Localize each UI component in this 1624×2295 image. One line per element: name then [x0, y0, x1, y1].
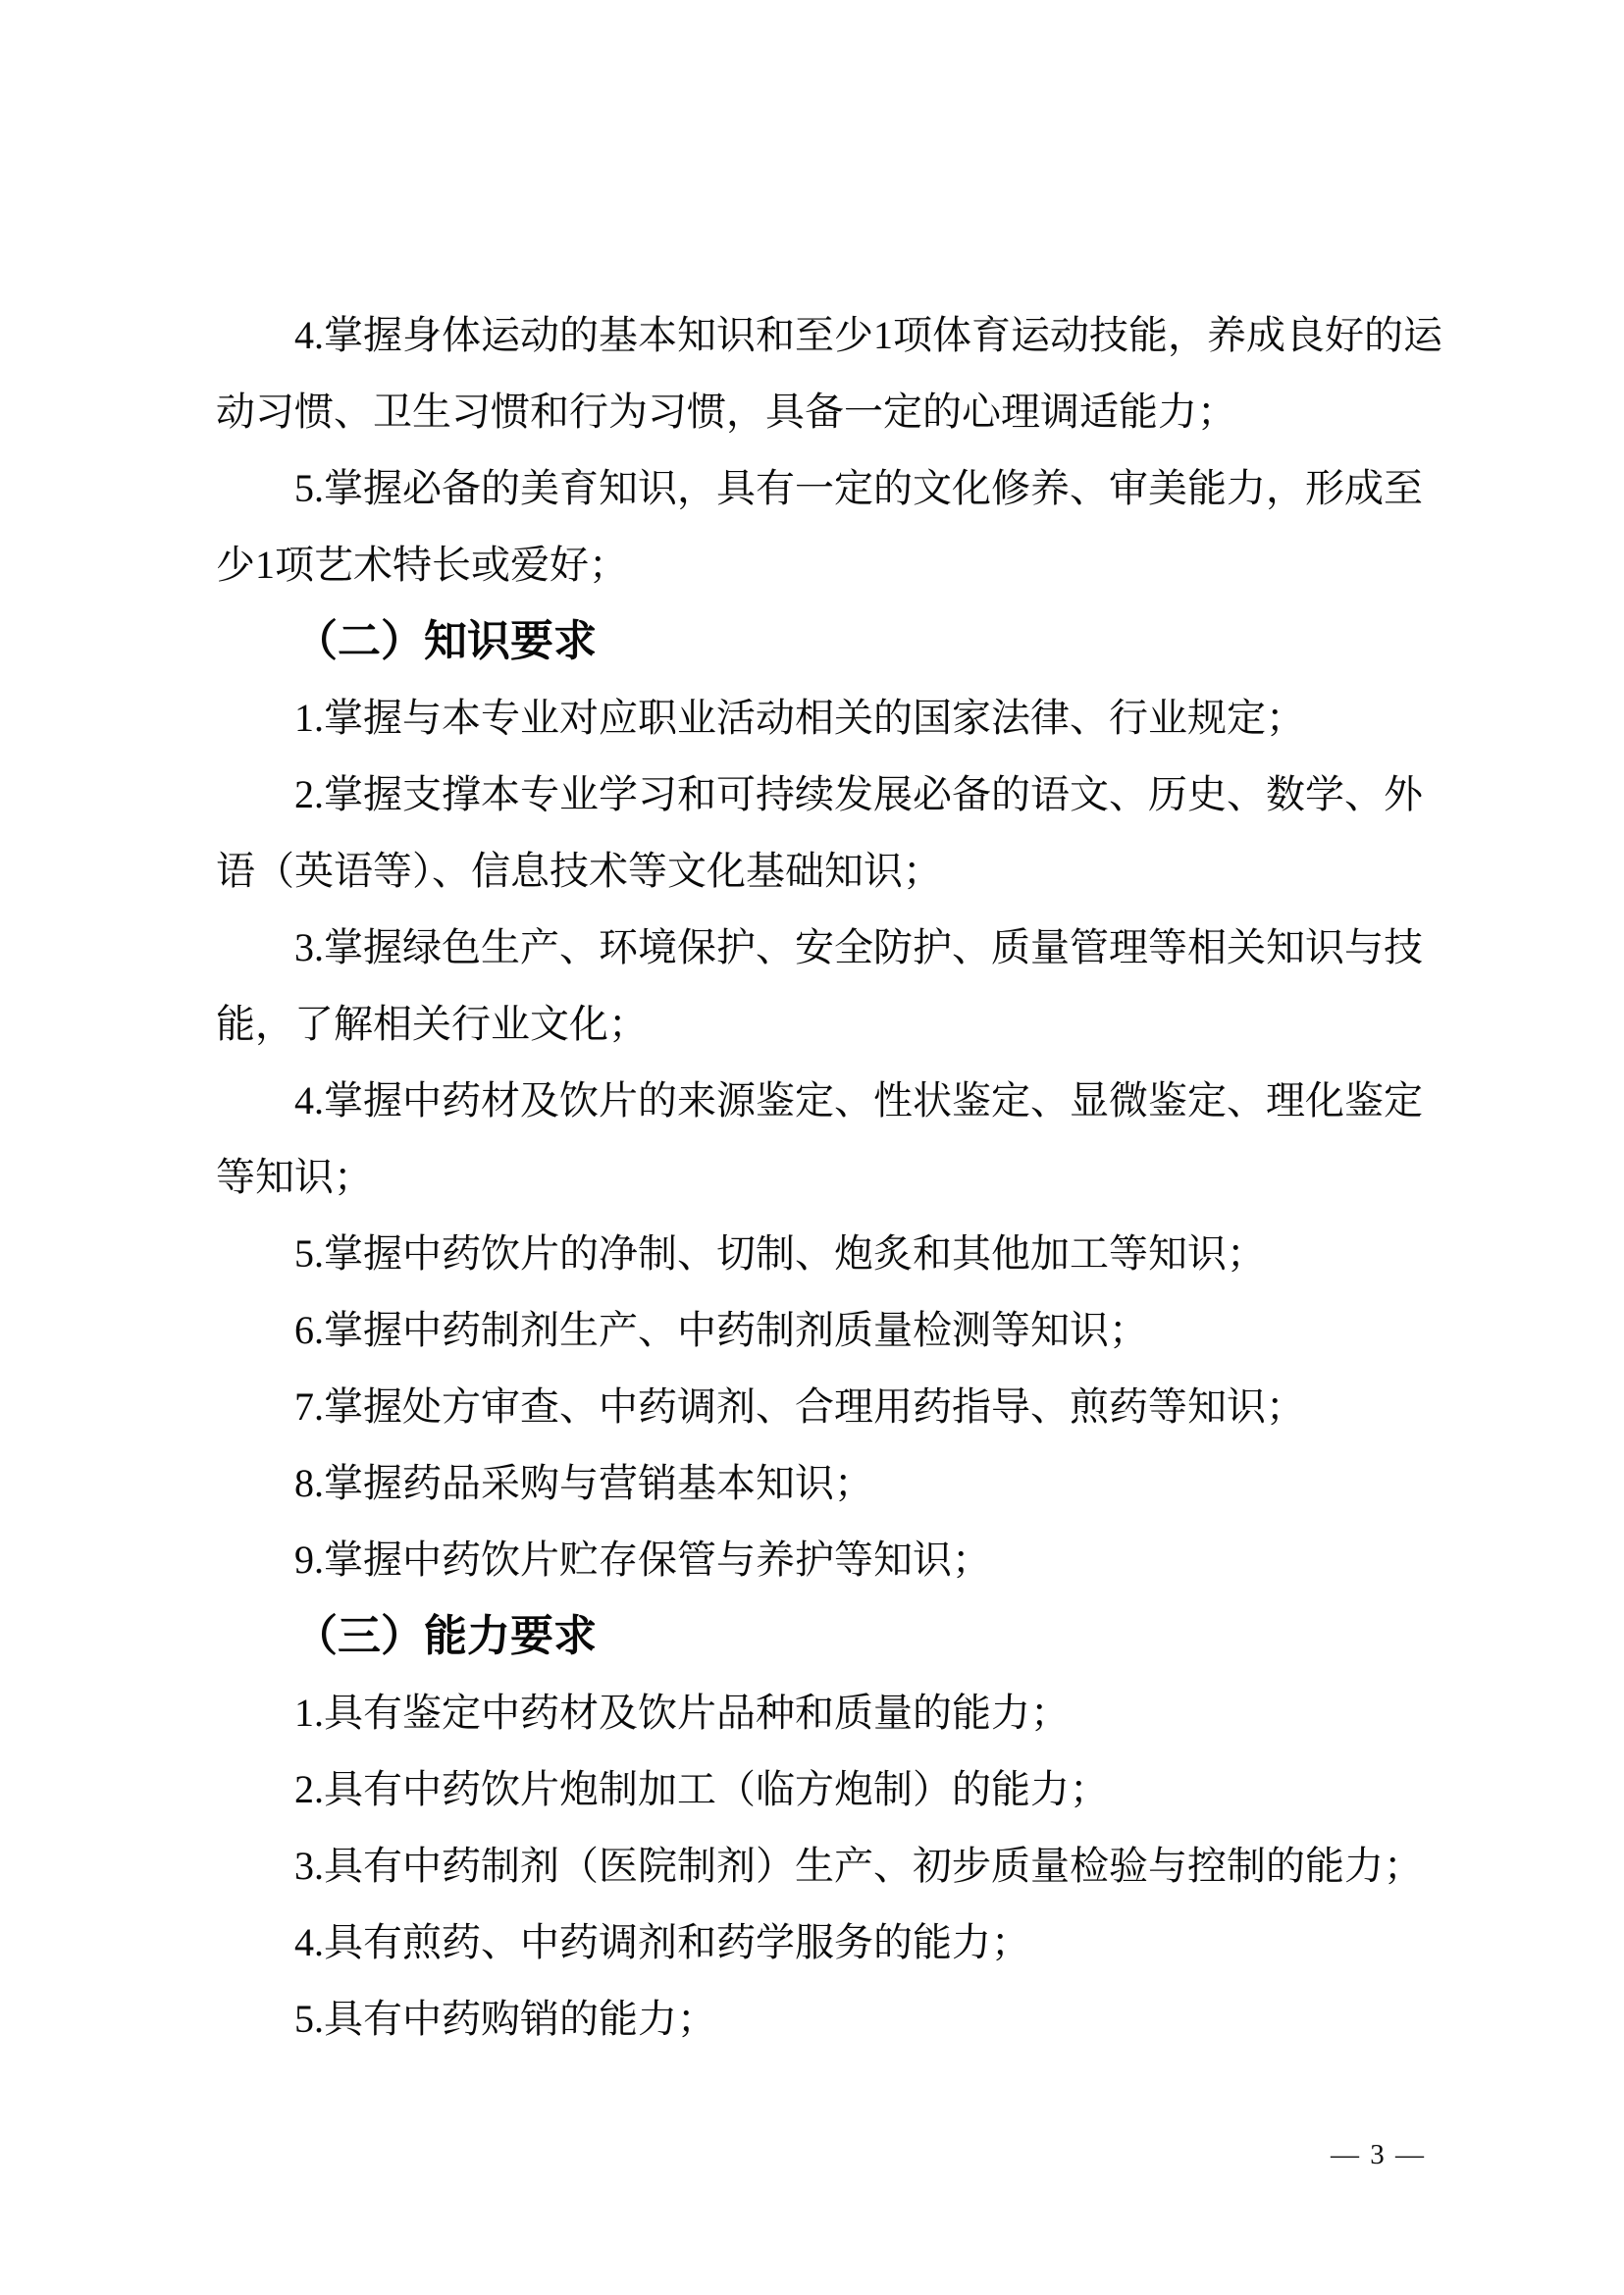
paragraph-line: 2.具有中药饮片炮制加工（临方炮制）的能力；: [216, 1751, 1492, 1828]
paragraph-line: 4.掌握中药材及饮片的来源鉴定、性状鉴定、显微鉴定、理化鉴定: [216, 1063, 1492, 1139]
document-body: 4.掌握身体运动的基本知识和至少1项体育运动技能，养成良好的运动习惯、卫生习惯和…: [216, 297, 1492, 2058]
paragraph-line: 等知识；: [216, 1139, 1492, 1216]
page-number: — 3 —: [1331, 2131, 1426, 2178]
paragraph-line: 3.具有中药制剂（医院制剂）生产、初步质量检验与控制的能力；: [216, 1828, 1492, 1904]
paragraph-line: 3.掌握绿色生产、环境保护、安全防护、质量管理等相关知识与技: [216, 910, 1492, 986]
paragraph-line: 6.掌握中药制剂生产、中药制剂质量检测等知识；: [216, 1292, 1492, 1369]
paragraph-line: 动习惯、卫生习惯和行为习惯，具备一定的心理调适能力；: [216, 374, 1492, 450]
paragraph-line: 1.掌握与本专业对应职业活动相关的国家法律、行业规定；: [216, 680, 1492, 756]
section-heading: （三）能力要求: [216, 1598, 1492, 1675]
section-heading: （二）知识要求: [216, 603, 1492, 680]
paragraph-line: 8.掌握药品采购与营销基本知识；: [216, 1445, 1492, 1522]
document-page: 4.掌握身体运动的基本知识和至少1项体育运动技能，养成良好的运动习惯、卫生习惯和…: [0, 0, 1624, 2295]
paragraph-line: 5.掌握中药饮片的净制、切制、炮炙和其他加工等知识；: [216, 1216, 1492, 1292]
paragraph-line: 能，了解相关行业文化；: [216, 986, 1492, 1063]
paragraph-line: 5.具有中药购销的能力；: [216, 1981, 1492, 2058]
paragraph-line: 2.掌握支撑本专业学习和可持续发展必备的语文、历史、数学、外: [216, 756, 1492, 833]
paragraph-line: 语（英语等）、信息技术等文化基础知识；: [216, 833, 1492, 910]
paragraph-line: 少1项艺术特长或爱好；: [216, 527, 1492, 603]
paragraph-line: 4.掌握身体运动的基本知识和至少1项体育运动技能，养成良好的运: [216, 297, 1492, 374]
paragraph-line: 4.具有煎药、中药调剂和药学服务的能力；: [216, 1904, 1492, 1981]
paragraph-line: 7.掌握处方审查、中药调剂、合理用药指导、煎药等知识；: [216, 1369, 1492, 1445]
paragraph-line: 9.掌握中药饮片贮存保管与养护等知识；: [216, 1522, 1492, 1598]
paragraph-line: 1.具有鉴定中药材及饮片品种和质量的能力；: [216, 1675, 1492, 1751]
paragraph-line: 5.掌握必备的美育知识，具有一定的文化修养、审美能力，形成至: [216, 450, 1492, 527]
